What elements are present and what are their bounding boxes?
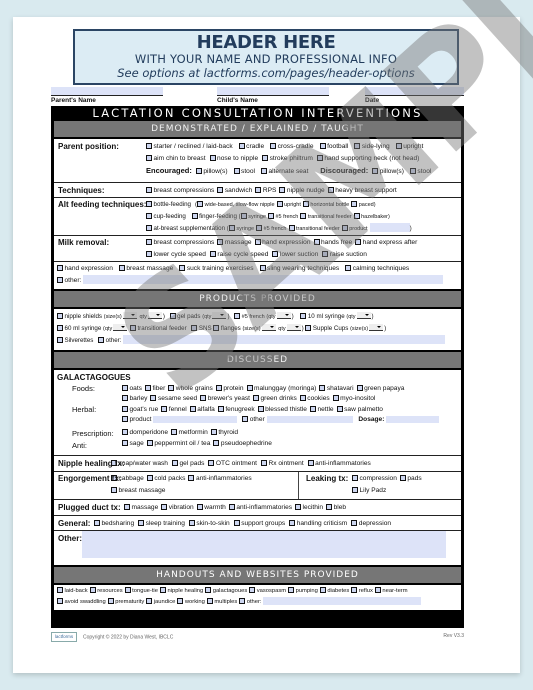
checkbox-option[interactable]: domperidone — [122, 429, 168, 436]
checkbox-option[interactable]: hand supporting neck (not head) — [317, 155, 419, 162]
checkbox-option[interactable]: skin-to-skin — [189, 520, 230, 527]
checkbox[interactable] — [119, 265, 125, 271]
checkbox-option[interactable]: hands free — [314, 239, 353, 246]
option-label: syringe — [248, 214, 266, 220]
checkbox-option[interactable]: bleb — [326, 504, 346, 511]
checkbox-option[interactable]: transitional feeder — [300, 214, 351, 220]
checkbox[interactable] — [300, 213, 306, 219]
child-name-field[interactable] — [217, 87, 329, 96]
checkbox-option[interactable]: breast massage — [111, 487, 165, 494]
option-label: lecithin — [303, 504, 324, 511]
size-dropdown[interactable] — [123, 312, 137, 319]
checkbox[interactable] — [234, 313, 240, 319]
option-label: whole grains — [176, 385, 213, 392]
option-label: reflux — [359, 588, 373, 594]
checkbox[interactable] — [300, 313, 306, 319]
checkbox[interactable] — [289, 225, 295, 231]
checkbox-option[interactable]: multiples — [207, 599, 237, 605]
checkbox[interactable] — [145, 385, 151, 391]
checkbox[interactable] — [90, 587, 96, 593]
checkbox[interactable] — [328, 187, 334, 193]
option-label: other — [250, 416, 265, 423]
checkbox[interactable] — [217, 239, 223, 245]
checkbox-option[interactable]: barley — [122, 395, 147, 402]
checkbox-option[interactable]: vasospasm — [249, 588, 286, 594]
size-dropdown[interactable] — [262, 324, 276, 331]
checkbox-option[interactable]: syringe — [241, 214, 266, 220]
checkbox[interactable] — [171, 429, 177, 435]
option-label: calming techniques — [353, 265, 409, 272]
checkbox[interactable] — [268, 213, 274, 219]
checkbox-option[interactable]: upright — [396, 143, 424, 150]
checkbox[interactable] — [351, 201, 357, 207]
option-label: raise cycle speed — [217, 251, 268, 258]
checkbox-option[interactable]: OTC ointment — [208, 460, 257, 467]
checkbox-option[interactable]: fenugreek — [218, 406, 255, 413]
checkbox-option[interactable]: blessed thistle — [258, 406, 307, 413]
option-label: flanges — [221, 325, 241, 332]
checkbox[interactable] — [138, 520, 144, 526]
checkbox[interactable] — [241, 213, 247, 219]
qty-dropdown[interactable] — [148, 312, 162, 319]
option-label: prematurity — [115, 599, 144, 605]
checkbox-option[interactable]: bedsharing — [94, 520, 134, 527]
qty-dropdown[interactable] — [113, 324, 127, 331]
checkbox[interactable] — [57, 265, 63, 271]
checkbox[interactable] — [208, 460, 214, 466]
checkbox[interactable] — [191, 325, 197, 331]
checkbox-option[interactable]: breast compressions — [146, 187, 214, 194]
checkbox-option[interactable]: hand expression — [57, 265, 113, 272]
checkbox[interactable] — [122, 385, 128, 391]
checkbox-option[interactable]: breast massage — [119, 265, 173, 272]
checkbox[interactable] — [258, 406, 264, 412]
qty-dropdown[interactable] — [287, 324, 301, 331]
checkbox-option[interactable]: nipple healing — [160, 588, 203, 594]
checkbox[interactable] — [217, 187, 223, 193]
checkbox[interactable] — [314, 239, 320, 245]
checkbox[interactable] — [146, 213, 152, 219]
checkbox-option[interactable]: cookies — [300, 395, 330, 402]
option-label: paced) — [359, 202, 376, 208]
option-label: bleb — [334, 504, 346, 511]
checkbox[interactable] — [352, 487, 358, 493]
checkbox[interactable] — [216, 385, 222, 391]
checkbox[interactable] — [122, 416, 128, 422]
option-label: skin-to-skin — [196, 520, 229, 527]
checkbox[interactable] — [211, 429, 217, 435]
checkbox[interactable] — [190, 406, 196, 412]
checkbox-option[interactable]: sage — [122, 440, 144, 447]
lactforms-logo[interactable]: lactforms — [51, 632, 77, 642]
checkbox[interactable] — [177, 598, 183, 604]
plugged-duct-row: Plugged duct tx: massagevibrationwarmtha… — [54, 500, 461, 516]
checkbox-option[interactable]: cross-cradle — [270, 143, 313, 150]
option-label: Lily Padz — [360, 487, 387, 494]
checkbox[interactable] — [57, 587, 63, 593]
discouraged-label: Discouraged: — [320, 166, 368, 175]
checkbox-option[interactable]: whole grains — [168, 385, 213, 392]
checkbox[interactable] — [229, 504, 235, 510]
option-label: working — [185, 599, 205, 605]
checkbox[interactable] — [197, 201, 203, 207]
checkbox-option[interactable]: lecithin — [295, 504, 323, 511]
checkbox-option[interactable]: diabetes — [320, 588, 349, 594]
checkbox[interactable] — [122, 440, 128, 446]
checkbox-option[interactable]: pillow(s) — [372, 168, 404, 175]
checkbox-option[interactable]: starter / reclined / laid-back — [146, 143, 233, 150]
checkbox[interactable] — [396, 143, 402, 149]
checkbox-option[interactable]: support groups — [234, 520, 286, 527]
checkbox-option[interactable]: myo-inositol — [333, 395, 376, 402]
checkbox[interactable] — [146, 187, 152, 193]
checkbox[interactable] — [210, 251, 216, 257]
checkbox[interactable] — [57, 325, 63, 331]
checkbox-option[interactable]: tongue-tie — [125, 588, 158, 594]
option-label: transitional feeder — [308, 214, 352, 220]
checkbox-option[interactable]: malunggay (moringa) — [247, 385, 317, 392]
option-label: cold packs — [154, 475, 185, 482]
checkbox[interactable] — [322, 251, 328, 257]
checkbox[interactable] — [305, 325, 311, 331]
checkbox[interactable] — [295, 504, 301, 510]
checkbox[interactable] — [111, 487, 117, 493]
checkbox[interactable] — [400, 475, 406, 481]
checkbox[interactable] — [372, 168, 378, 174]
checkbox[interactable] — [196, 168, 202, 174]
checkbox-option[interactable]: raise suction — [322, 251, 367, 258]
other-label: other: — [247, 599, 262, 605]
option-label: wide-based, slow-flow nipple — [205, 202, 275, 208]
checkbox-option[interactable]: pumping — [288, 588, 318, 594]
checkbox-option[interactable]: alfalfa — [190, 406, 215, 413]
product-field[interactable] — [370, 223, 410, 232]
qty-dropdown[interactable] — [277, 312, 291, 319]
checkbox-option[interactable]: cold packs — [147, 475, 186, 482]
checkbox-option[interactable]: fiber — [145, 385, 165, 392]
section-handouts: HANDOUTS AND WEBSITES PROVIDED — [54, 565, 461, 585]
herbal-product-field[interactable] — [153, 416, 237, 423]
checkbox[interactable] — [345, 265, 351, 271]
checkbox[interactable] — [310, 406, 316, 412]
checkbox-option[interactable]: #5 french — [256, 226, 286, 232]
checkbox[interactable] — [253, 395, 259, 401]
checkbox[interactable] — [210, 155, 216, 161]
checkbox[interactable] — [375, 587, 381, 593]
product-other-field[interactable] — [123, 335, 445, 344]
other-field[interactable] — [83, 275, 443, 284]
checkbox[interactable] — [57, 598, 63, 604]
checkbox[interactable] — [125, 587, 131, 593]
checkbox-option[interactable]: paced) — [351, 202, 375, 208]
checkbox[interactable] — [122, 395, 128, 401]
checkbox-option[interactable]: depression — [351, 520, 391, 527]
checkbox[interactable] — [213, 325, 219, 331]
checkbox[interactable] — [205, 587, 211, 593]
checkbox[interactable] — [146, 598, 152, 604]
checkbox[interactable] — [247, 385, 253, 391]
checkbox-option[interactable]: stroke philtrum — [262, 155, 313, 162]
option-label: shatavari — [327, 385, 354, 392]
checkbox-option[interactable]: raise cycle speed — [210, 251, 268, 258]
checkbox[interactable] — [192, 213, 198, 219]
checkbox[interactable] — [272, 251, 278, 257]
checkbox-option[interactable]: handling criticism — [289, 520, 347, 527]
checkbox[interactable] — [357, 385, 363, 391]
checkbox-option[interactable]: goat's rue — [122, 406, 158, 413]
checkbox[interactable] — [98, 337, 104, 343]
checkbox[interactable] — [256, 225, 262, 231]
parent-name-field[interactable] — [51, 87, 163, 96]
checkbox[interactable] — [146, 225, 152, 231]
checkbox[interactable] — [57, 313, 63, 319]
checkbox[interactable] — [146, 143, 152, 149]
checkbox-option[interactable]: working — [177, 599, 204, 605]
checkbox-option[interactable]: #5 french — [268, 214, 298, 220]
checkbox-option[interactable]: green drinks — [253, 395, 297, 402]
checkbox[interactable] — [355, 239, 361, 245]
checkbox-option[interactable]: saw palmetto — [337, 406, 383, 413]
checkbox-option[interactable]: fennel — [161, 406, 186, 413]
option-label: 60 ml syringe — [65, 325, 102, 332]
checkbox-option[interactable]: shatavari — [319, 385, 353, 392]
option-label: stool — [417, 168, 431, 175]
checkbox-option[interactable]: massage — [124, 504, 158, 511]
checkbox-option[interactable]: product — [342, 226, 368, 232]
checkbox-option[interactable]: transitional feeder — [289, 226, 340, 232]
other-notes-field[interactable] — [82, 531, 446, 558]
checkbox[interactable] — [150, 395, 156, 401]
checkbox[interactable] — [122, 406, 128, 412]
checkbox-option[interactable]: protein — [216, 385, 244, 392]
checkbox[interactable] — [179, 265, 185, 271]
other-notes-row: Other: — [54, 531, 461, 565]
checkbox[interactable] — [261, 460, 267, 466]
checkbox-option[interactable]: breast compressions — [146, 239, 214, 246]
checkbox-option[interactable]: laid-back — [57, 588, 88, 594]
checkbox[interactable] — [160, 587, 166, 593]
option-label: thyroid — [218, 429, 238, 436]
prescription-label: Prescription: — [72, 429, 114, 439]
checkbox[interactable] — [260, 265, 266, 271]
date-field[interactable] — [365, 87, 464, 96]
checkbox[interactable] — [337, 406, 343, 412]
checkbox[interactable] — [161, 504, 167, 510]
checkbox-option[interactable]: anti-inflammatories — [308, 460, 371, 467]
option-label: Rx ointment — [268, 460, 303, 467]
checkbox[interactable] — [279, 187, 285, 193]
checkbox[interactable] — [255, 239, 261, 245]
checkbox[interactable] — [351, 520, 357, 526]
checkbox[interactable] — [262, 155, 268, 161]
checkbox[interactable] — [354, 213, 360, 219]
checkbox[interactable] — [239, 143, 245, 149]
checkbox-option[interactable]: gel pads — [172, 460, 204, 467]
checkbox[interactable] — [172, 460, 178, 466]
checkbox[interactable] — [303, 201, 309, 207]
checkbox-option[interactable]: prematurity — [108, 599, 145, 605]
checkbox-option[interactable]: syringe — [229, 226, 254, 232]
checkbox-option[interactable]: nettle — [310, 406, 334, 413]
checkbox[interactable] — [308, 460, 314, 466]
option-label: hand express after — [363, 239, 418, 246]
checkbox-option[interactable]: metformin — [171, 429, 208, 436]
checkbox-option[interactable]: lower cycle speed — [146, 251, 206, 258]
checkbox-option[interactable]: heavy breast support — [328, 187, 397, 194]
checkbox[interactable] — [300, 395, 306, 401]
checkbox[interactable] — [124, 504, 130, 510]
checkbox[interactable] — [410, 168, 416, 174]
checkbox-option[interactable]: suck training exercises — [179, 265, 253, 272]
option-label: sling wearing techniques — [267, 265, 339, 272]
checkbox[interactable] — [352, 475, 358, 481]
checkbox-option[interactable]: RPS — [255, 187, 276, 194]
qty-dropdown[interactable] — [357, 312, 371, 319]
checkbox[interactable] — [189, 520, 195, 526]
checkbox[interactable] — [261, 168, 267, 174]
checkbox[interactable] — [351, 587, 357, 593]
checkbox-option[interactable]: nipple nudge — [279, 187, 324, 194]
checkbox[interactable] — [146, 201, 152, 207]
checkbox-option[interactable]: hand expression — [255, 239, 311, 246]
checkbox-option[interactable]: stool — [410, 168, 431, 175]
checkbox-option[interactable]: avoid swaddling — [57, 599, 106, 605]
checkbox[interactable] — [146, 155, 152, 161]
option-label: lower suction — [280, 251, 318, 258]
checkbox-option[interactable]: nose to nipple — [210, 155, 259, 162]
checkbox-option[interactable]: Rx ointment — [261, 460, 304, 467]
checkbox-option[interactable]: Lily Padz — [352, 487, 386, 494]
checkbox-option[interactable]: sandwich — [217, 187, 252, 194]
checkbox[interactable] — [161, 406, 167, 412]
checkbox[interactable] — [242, 416, 248, 422]
checkbox[interactable] — [147, 475, 153, 481]
size-dropdown[interactable] — [369, 324, 383, 331]
option-label: brewer's yeast — [208, 395, 250, 402]
handouts-other-field[interactable] — [263, 597, 421, 605]
checkbox[interactable] — [147, 440, 153, 446]
checkbox-option[interactable]: cradle — [239, 143, 264, 150]
qty-dropdown[interactable] — [212, 312, 226, 319]
checkbox-option[interactable]: pseudoephedrine — [213, 440, 271, 447]
checkbox-option[interactable]: jaundice — [146, 599, 175, 605]
checkbox[interactable] — [108, 598, 114, 604]
checkbox[interactable] — [207, 598, 213, 604]
checkbox[interactable] — [354, 143, 360, 149]
checkbox[interactable] — [249, 587, 255, 593]
checkbox[interactable] — [94, 520, 100, 526]
checkbox[interactable] — [197, 504, 203, 510]
checkbox[interactable] — [130, 325, 136, 331]
checkbox[interactable] — [213, 440, 219, 446]
checkbox-option[interactable]: oats — [122, 385, 142, 392]
checkbox[interactable] — [319, 385, 325, 391]
option-label: finger-feeding — [199, 213, 237, 220]
checkbox[interactable] — [239, 598, 245, 604]
checkbox-option[interactable]: anti-inflammatories — [229, 504, 292, 511]
checkbox-option[interactable]: football — [320, 143, 349, 150]
checkbox[interactable] — [188, 475, 194, 481]
dosage-field[interactable] — [386, 416, 439, 423]
checkbox[interactable] — [270, 143, 276, 149]
checkbox[interactable] — [234, 520, 240, 526]
checkbox-option[interactable]: upright — [277, 202, 301, 208]
checkbox-option[interactable]: massage — [217, 239, 251, 246]
checkbox-option[interactable]: anti-inflammatories — [188, 475, 251, 482]
checkbox[interactable] — [146, 239, 152, 245]
checkbox[interactable] — [170, 313, 176, 319]
option-label: nipple shields — [65, 313, 103, 320]
checkbox-option[interactable]: aim chin to breast — [146, 155, 206, 162]
checkbox-option[interactable]: side-lying — [354, 143, 389, 150]
checkbox-option[interactable]: lower suction — [272, 251, 318, 258]
checkbox[interactable] — [57, 277, 63, 283]
checkbox-option[interactable]: sleep training — [138, 520, 185, 527]
checkbox-option[interactable]: near-term — [375, 588, 408, 594]
checkbox-option[interactable]: hazelbaker) — [354, 214, 390, 220]
checkbox[interactable] — [218, 406, 224, 412]
checkbox-option[interactable]: pads — [400, 475, 422, 482]
option-label: pillow(s) — [380, 168, 404, 175]
checkbox-option[interactable]: vibration — [161, 504, 193, 511]
checkbox-option[interactable]: horizontal bottle — [303, 202, 349, 208]
checkbox-option[interactable]: wide-based, slow-flow nipple — [197, 202, 275, 208]
herbal-other-field[interactable] — [267, 416, 353, 423]
checkbox[interactable] — [277, 201, 283, 207]
checkbox[interactable] — [255, 187, 261, 193]
checkbox[interactable] — [342, 225, 348, 231]
option-label: saw palmetto — [344, 406, 383, 413]
option-label: pseudoephedrine — [221, 440, 272, 447]
option-label: horizontal bottle — [310, 202, 349, 208]
checkbox-option[interactable]: resources — [90, 588, 123, 594]
option-label: green papaya — [364, 385, 404, 392]
checkbox[interactable] — [229, 225, 235, 231]
checkbox[interactable] — [317, 155, 323, 161]
checkbox[interactable] — [333, 395, 339, 401]
checkbox-option[interactable]: hand express after — [355, 239, 417, 246]
checkbox[interactable] — [122, 429, 128, 435]
checkbox[interactable] — [146, 251, 152, 257]
checkbox-option[interactable]: peppermint oil / tea — [147, 440, 211, 447]
checkbox-option[interactable]: thyroid — [211, 429, 238, 436]
checkbox-option[interactable]: stool — [234, 168, 255, 175]
checkbox-option[interactable]: green papaya — [357, 385, 405, 392]
checkbox-option[interactable]: brewer's yeast — [200, 395, 250, 402]
form-frame: LACTATION CONSULTATION INTERVENTIONS DEM… — [51, 106, 464, 628]
checkbox-option[interactable]: warmth — [197, 504, 226, 511]
checkbox-option[interactable]: pillow(s) — [196, 168, 228, 175]
checkbox[interactable] — [168, 385, 174, 391]
checkbox-option[interactable]: galactagoues — [205, 588, 247, 594]
checkbox[interactable] — [288, 587, 294, 593]
checkbox[interactable] — [57, 337, 63, 343]
checkbox-option[interactable]: reflux — [351, 588, 373, 594]
checkbox-option[interactable]: compression — [352, 475, 397, 482]
nipple-healing-label: Nipple healing tx: — [58, 459, 125, 468]
checkbox[interactable] — [234, 168, 240, 174]
checkbox[interactable] — [326, 504, 332, 510]
checkbox[interactable] — [200, 395, 206, 401]
checkbox[interactable] — [320, 587, 326, 593]
checkbox-option[interactable]: sling wearing techniques — [260, 265, 340, 272]
option-label: massage — [225, 239, 252, 246]
checkbox[interactable] — [289, 520, 295, 526]
checkbox-option[interactable]: alternate seat — [261, 168, 308, 175]
checkbox-option[interactable]: calming techniques — [345, 265, 409, 272]
checkbox[interactable] — [320, 143, 326, 149]
checkbox-option[interactable]: sesame seed — [150, 395, 197, 402]
